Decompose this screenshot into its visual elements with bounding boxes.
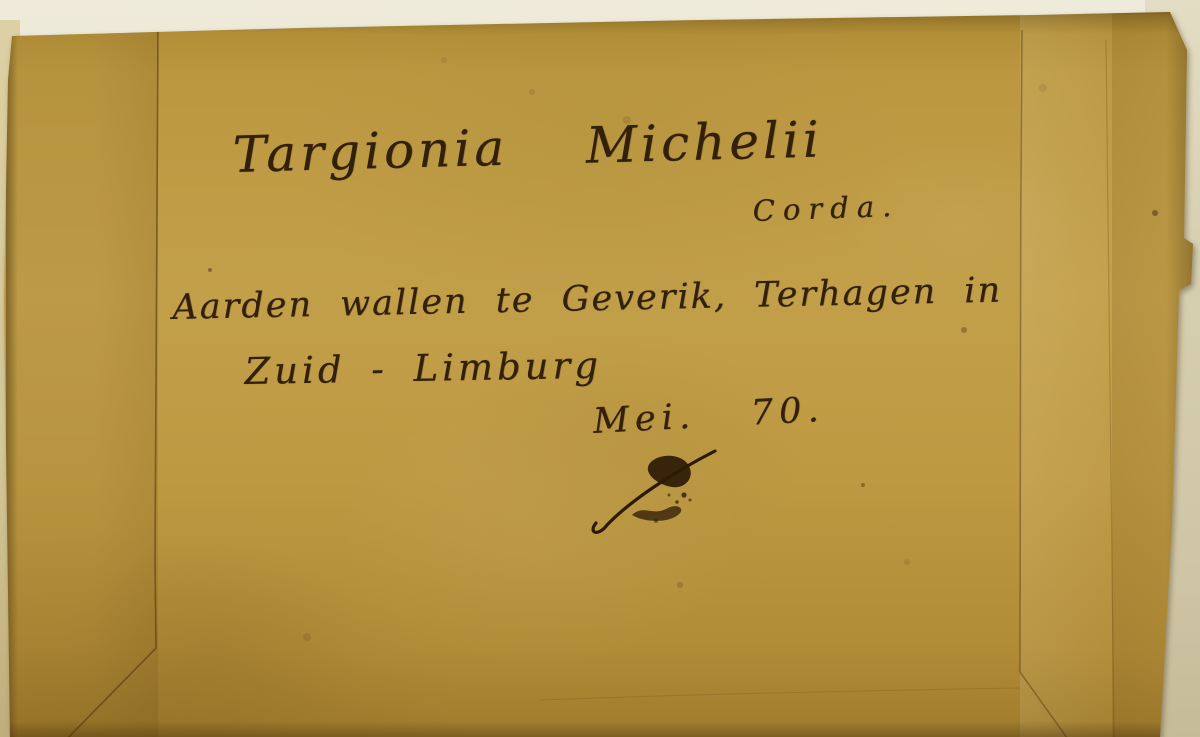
foxing-spots: [0, 0, 4, 4]
author-name-handwriting: Corda.: [752, 189, 900, 228]
monogram-signature-icon: [588, 443, 723, 538]
specimen-envelope: Targionia Michelii Corda. Aarden wallen …: [0, 0, 1200, 737]
herbarium-envelope-photo: Targionia Michelii Corda. Aarden wallen …: [0, 0, 1200, 737]
envelope-wrap: Targionia Michelii Corda. Aarden wallen …: [0, 0, 1200, 737]
locality-line-2-handwriting: Zuid - Limburg: [244, 344, 602, 393]
